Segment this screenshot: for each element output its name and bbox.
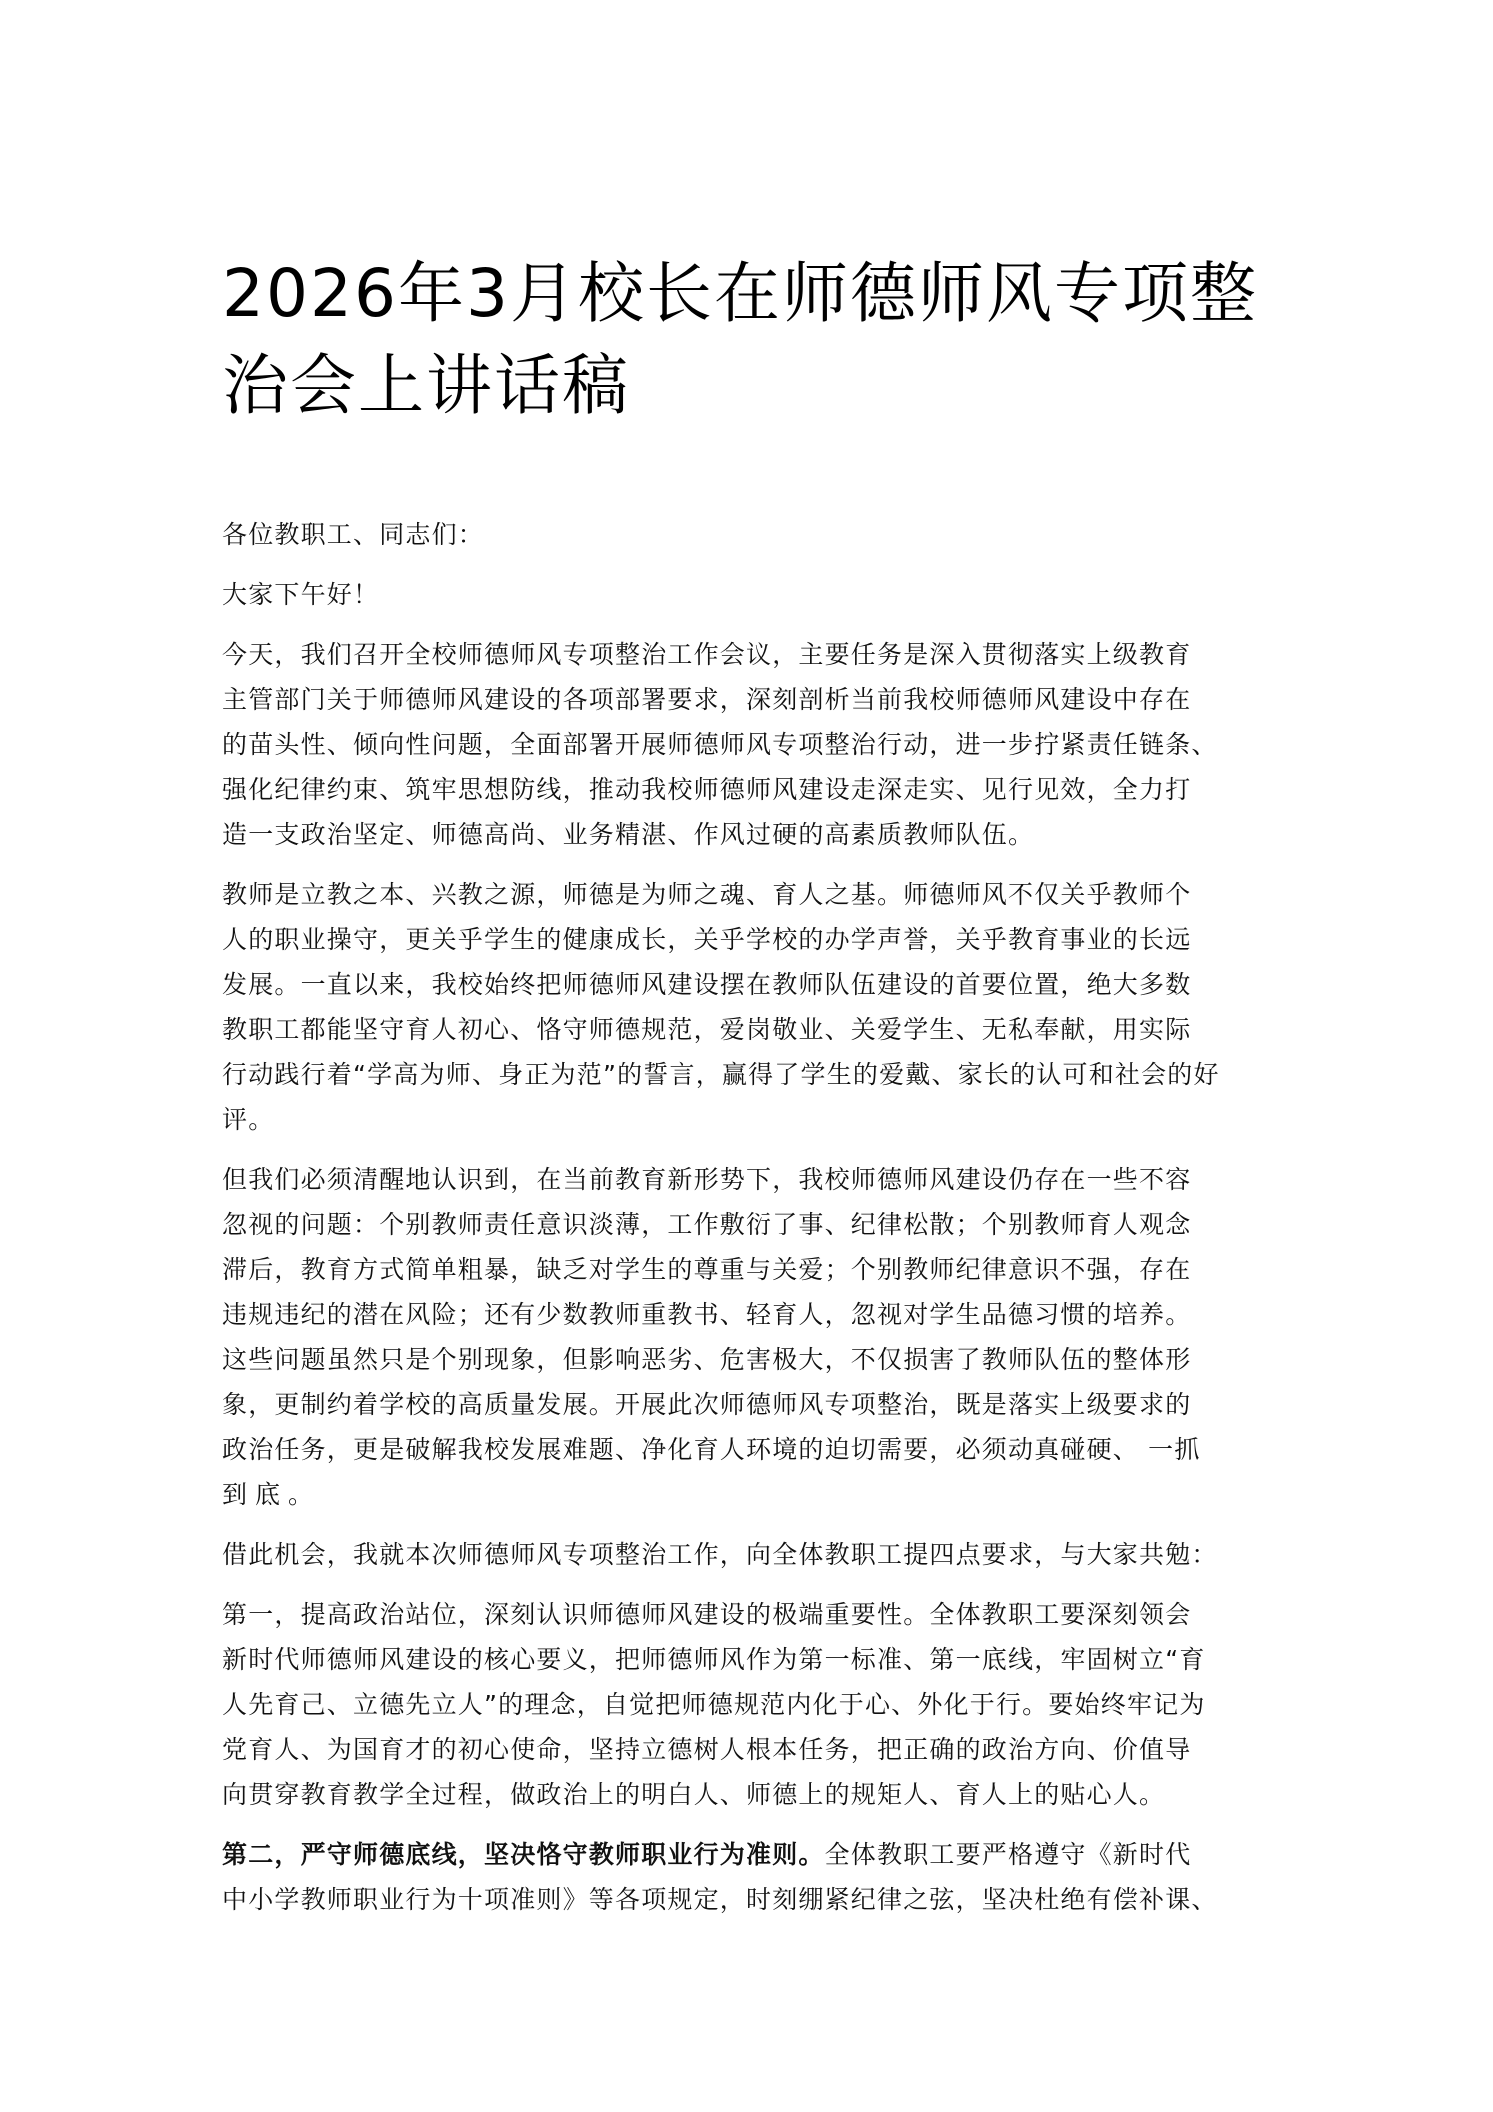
text-line: 造一支政治坚定、师德高尚、业务精湛、作风过硬的高素质教师队伍。 <box>222 812 1302 857</box>
greeting: 大家下午好！ <box>222 572 1302 617</box>
text-line: 新时代师德师风建设的核心要义，把师德师风作为第一标准、第一底线，牢固树立“育 <box>222 1637 1302 1682</box>
text-line: 第一，提高政治站位，深刻认识师德师风建设的极端重要性。全体教职工要深刻领会 <box>222 1592 1302 1637</box>
text-line: 人先育己、立德先立人”的理念，自觉把师德规范内化于心、外化于行。要始终牢记为 <box>222 1682 1302 1727</box>
text-line: 违规违纪的潜在风险；还有少数教师重教书、轻育人，忽视对学生品德习惯的培养。 <box>222 1292 1302 1337</box>
text-line: 第二，严守师德底线，坚决恪守教师职业行为准则。全体教职工要严格遵守《新时代 <box>222 1832 1302 1877</box>
bold-heading: 第二，严守师德底线，坚决恪守教师职业行为准则。 <box>222 1840 825 1869</box>
text-line: 行动践行着“学高为师、身正为范”的誓言，赢得了学生的爱戴、家长的认可和社会的好 <box>222 1052 1302 1097</box>
text-line: 忽视的问题：个别教师责任意识淡薄，工作敷衍了事、纪律松散；个别教师育人观念 <box>222 1202 1302 1247</box>
paragraph-problems: 但我们必须清醒地认识到，在当前教育新形势下，我校师德师风建设仍存在一些不容 忽视… <box>222 1157 1302 1517</box>
text-line: 教师是立教之本、兴教之源，师德是为师之魂、育人之基。师德师风不仅关乎教师个 <box>222 872 1302 917</box>
text-line: 的苗头性、倾向性问题，全面部署开展师德师风专项整治行动，进一步拧紧责任链条、 <box>222 722 1302 767</box>
text-line: 到底。 <box>222 1472 1302 1517</box>
text-line: 中小学教师职业行为十项准则》等各项规定，时刻绷紧纪律之弦，坚决杜绝有偿补课、 <box>222 1877 1302 1922</box>
title-line: 2026年3月校长在师德师风专项整 <box>222 248 1258 340</box>
text-line: 这些问题虽然只是个别现象，但影响恶劣、危害极大，不仅损害了教师队伍的整体形 <box>222 1337 1302 1382</box>
document-body: 各位教职工、同志们： 大家下午好！ 今天，我们召开全校师德师风专项整治工作会议，… <box>222 512 1302 1937</box>
text-line: 大家下午好！ <box>222 572 1302 617</box>
title-line: 治会上讲话稿 <box>222 340 1258 432</box>
text-line: 向贯穿教育教学全过程，做政治上的明白人、师德上的规矩人、育人上的贴心人。 <box>222 1772 1302 1817</box>
text-line: 党育人、为国育才的初心使命，坚持立德树人根本任务，把正确的政治方向、价值导 <box>222 1727 1302 1772</box>
text-line: 政治任务，更是破解我校发展难题、净化育人环境的迫切需要，必须动真碰硬、 一抓 <box>222 1427 1302 1472</box>
text-line: 强化纪律约束、筑牢思想防线，推动我校师德师风建设走深走实、见行见效，全力打 <box>222 767 1302 812</box>
text-line: 但我们必须清醒地认识到，在当前教育新形势下，我校师德师风建设仍存在一些不容 <box>222 1157 1302 1202</box>
text-line: 今天，我们召开全校师德师风专项整治工作会议，主要任务是深入贯彻落实上级教育 <box>222 632 1302 677</box>
text-line: 评。 <box>222 1097 1302 1142</box>
text-line: 滞后，教育方式简单粗暴，缺乏对学生的尊重与关爱；个别教师纪律意识不强，存在 <box>222 1247 1302 1292</box>
paragraph-requirement-1: 第一，提高政治站位，深刻认识师德师风建设的极端重要性。全体教职工要深刻领会 新时… <box>222 1592 1302 1817</box>
salutation: 各位教职工、同志们： <box>222 512 1302 557</box>
paragraph-purpose: 今天，我们召开全校师德师风专项整治工作会议，主要任务是深入贯彻落实上级教育 主管… <box>222 632 1302 857</box>
text-line: 人的职业操守，更关乎学生的健康成长，关乎学校的办学声誉，关乎教育事业的长远 <box>222 917 1302 962</box>
paragraph-requirements-intro: 借此机会，我就本次师德师风专项整治工作，向全体教职工提四点要求，与大家共勉： <box>222 1532 1302 1577</box>
paragraph-importance: 教师是立教之本、兴教之源，师德是为师之魂、育人之基。师德师风不仅关乎教师个 人的… <box>222 872 1302 1142</box>
text-line: 各位教职工、同志们： <box>222 512 1302 557</box>
text-run: 全体教职工要严格遵守《新时代 <box>825 1840 1192 1869</box>
paragraph-requirement-2: 第二，严守师德底线，坚决恪守教师职业行为准则。全体教职工要严格遵守《新时代 中小… <box>222 1832 1302 1922</box>
text-line: 象，更制约着学校的高质量发展。开展此次师德师风专项整治，既是落实上级要求的 <box>222 1382 1302 1427</box>
text-line: 借此机会，我就本次师德师风专项整治工作，向全体教职工提四点要求，与大家共勉： <box>222 1532 1302 1577</box>
text-line: 主管部门关于师德师风建设的各项部署要求，深刻剖析当前我校师德师风建设中存在 <box>222 677 1302 722</box>
text-line: 发展。一直以来，我校始终把师德师风建设摆在教师队伍建设的首要位置，绝大多数 <box>222 962 1302 1007</box>
document-title: 2026年3月校长在师德师风专项整 治会上讲话稿 <box>222 248 1258 432</box>
text-line: 教职工都能坚守育人初心、恪守师德规范，爱岗敬业、关爱学生、无私奉献，用实际 <box>222 1007 1302 1052</box>
